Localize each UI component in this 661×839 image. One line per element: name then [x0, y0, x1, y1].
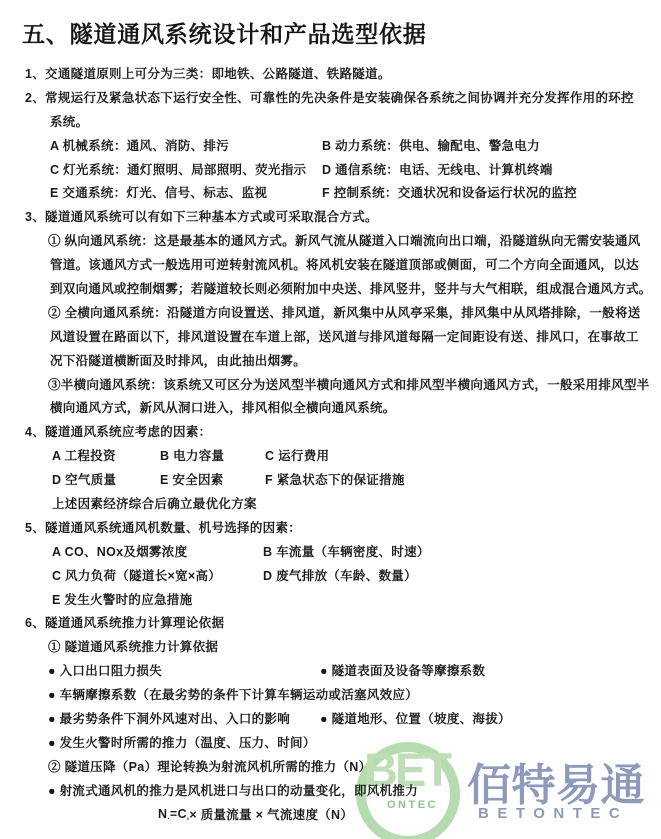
bullet-jet-fan-thrust: ● 射流式通风机的推力是风机进口与出口的动量变化，即风机推力	[25, 778, 661, 802]
item-3-longitudinal-2: 管道。该通风方式一般选用可逆转射流风机。将风机安装在隧道顶部或侧面，可二个方向全…	[25, 252, 661, 276]
item-6-bullet-row-3: ● 最劣势条件下洞外风速对出、入口的影响 ● 隧道地形、位置（坡度、海拔）	[25, 706, 661, 730]
bullet-friction-coefficient: ● 隧道表面及设备等摩擦系数	[320, 661, 485, 679]
fan-factor-b-traffic-flow: B 车流量（车辆密度、时速）	[263, 542, 430, 560]
factor-c-operating-cost: C 运行费用	[265, 446, 329, 464]
document-body: 1、交通隧道原则上可分为三类：即地铁、公路隧道、铁路隧道。 2、常规运行及紧急状…	[25, 61, 661, 826]
item-3-longitudinal-1: ① 纵向通风系统：这是最基本的通风方式。新风气流从隧道入口端流向出口端，沿隧道纵…	[25, 228, 661, 252]
page: BET ONTEC 佰特易通 BETONTEC 五、隧道通风系统设计和产品选型依…	[0, 0, 661, 839]
systems-row-ab: A 机械系统：通风、消防、排污 B 动力系统：供电、输配电、警急电力	[25, 133, 661, 157]
formula-rest: × 质量流量 × 气流速度（N）	[189, 805, 353, 823]
system-a-mechanical: A 机械系统：通风、消防、排污	[50, 136, 322, 154]
item-5-lead: 5、隧道通风系统通风机数量、机号选择的因素：	[25, 515, 661, 539]
item-6-bullet-row-1: ● 入口出口阻力损失 ● 隧道表面及设备等摩擦系数	[25, 658, 661, 682]
item-4-lead: 4、隧道通风系统应考虑的因素：	[25, 419, 661, 443]
item-3-lead: 3、隧道通风系统可以有如下三种基本方式或可采取混合方式。	[25, 204, 661, 228]
item-3-semitransverse-2: 横向通风方式，新风从洞口进入，排风相似全横向通风系统。	[25, 395, 661, 419]
formula-n: N	[158, 807, 167, 821]
item-3-transverse-3: 况下沿隧道横断面及时排风，由此抽出烟雾。	[25, 348, 661, 372]
item-5-row-cd: C 风力负荷（隧道长×宽×高） D 废气排放（车龄、数量）	[25, 563, 661, 587]
item-1: 1、交通隧道原则上可分为三类：即地铁、公路隧道、铁路隧道。	[25, 61, 661, 85]
item-4-note: 上述因素经济综合后确立最优化方案	[25, 491, 661, 515]
item-3-transverse-1: ② 全横向通风系统：沿隧道方向设置送、排风道，新风集中从风亭采集，排风集中从风塔…	[25, 300, 661, 324]
formula-equals-c: =C	[170, 807, 187, 821]
system-e-traffic: E 交通系统：灯光、信号、标志、监视	[50, 183, 322, 201]
system-b-power: B 动力系统：供电、输配电、警急电力	[322, 136, 540, 154]
thrust-formula: N.=C, × 质量流量 × 气流速度（N）	[25, 802, 661, 826]
item-3-longitudinal-3: 到双向通风或控制烟雾；若隧道较长则必须附加中央送、排风竖井，竖井与大气相联，组成…	[25, 276, 661, 300]
factor-e-safety: E 安全因素	[160, 470, 265, 488]
systems-row-ef: E 交通系统：灯光、信号、标志、监视 F 控制系统：交通状况和设备运行状况的监控	[25, 180, 661, 204]
fan-factor-d-exhaust: D 废气排放（车龄、数量）	[263, 566, 417, 584]
bullet-inlet-outlet-loss: ● 入口出口阻力损失	[48, 661, 320, 679]
item-2-line-2: 系统。	[25, 109, 661, 133]
fan-factor-e-fire-emergency: E 发生火警时的应急措施	[25, 587, 661, 611]
item-4-row-def: D 空气质量 E 安全因素 F 紧急状态下的保证措施	[25, 467, 661, 491]
fan-factor-c-wind-load: C 风力负荷（隧道长×宽×高）	[52, 566, 263, 584]
bullet-vehicle-friction: ● 车辆摩擦系数（在最劣势的条件下计算车辆运动或活塞风效应）	[25, 682, 661, 706]
item-3-transverse-2: 风道设置在路面以下，排风道设置在车道上部，送风道与排风道每隔一定间距设有送、排风…	[25, 324, 661, 348]
page-title: 五、隧道通风系统设计和产品选型依据	[22, 20, 661, 48]
bullet-outside-wind-effect: ● 最劣势条件下洞外风速对出、入口的影响	[48, 709, 320, 727]
fan-factor-a-concentration: A CO、NOx及烟雾浓度	[52, 542, 263, 560]
factor-f-emergency-guarantee: F 紧急状态下的保证措施	[265, 470, 405, 488]
factor-b-power-capacity: B 电力容量	[160, 446, 265, 464]
item-5-row-ab: A CO、NOx及烟雾浓度 B 车流量（车辆密度、时速）	[25, 539, 661, 563]
systems-row-cd: C 灯光系统：通灯照明、局部照明、荧光指示 D 通信系统：电话、无线电、计算机终…	[25, 157, 661, 181]
item-4-row-abc: A 工程投资 B 电力容量 C 运行费用	[25, 443, 661, 467]
factor-a-investment: A 工程投资	[52, 446, 160, 464]
item-2-line-1: 2、常规运行及紧急状态下运行安全性、可靠性的先决条件是安装确保各系统之间协调并充…	[25, 85, 661, 109]
item-3-semitransverse-1: ③半横向通风系统：该系统又可区分为送风型半横向通风方式和排风型半横向通风方式，一…	[25, 372, 661, 396]
bullet-fire-thrust: ● 发生火警时所需的推力（温度、压力、时间）	[25, 730, 661, 754]
system-c-lighting: C 灯光系统：通灯照明、局部照明、荧光指示	[50, 160, 322, 178]
item-6-lead: 6、隧道通风系统推力计算理论依据	[25, 610, 661, 634]
factor-d-air-quality: D 空气质量	[52, 470, 160, 488]
item-6-sub-2: ② 隧道压降（Pa）理论转换为射流风机所需的推力（N）	[25, 754, 661, 778]
document-content: 五、隧道通风系统设计和产品选型依据 1、交通隧道原则上可分为三类：即地铁、公路隧…	[0, 0, 661, 839]
item-6-sub-1: ① 隧道通风系统推力计算依据	[25, 634, 661, 658]
system-d-communication: D 通信系统：电话、无线电、计算机终端	[322, 160, 553, 178]
system-f-control: F 控制系统：交通状况和设备运行状况的监控	[322, 183, 577, 201]
bullet-terrain-position: ● 隧道地形、位置（坡度、海拔）	[320, 709, 511, 727]
